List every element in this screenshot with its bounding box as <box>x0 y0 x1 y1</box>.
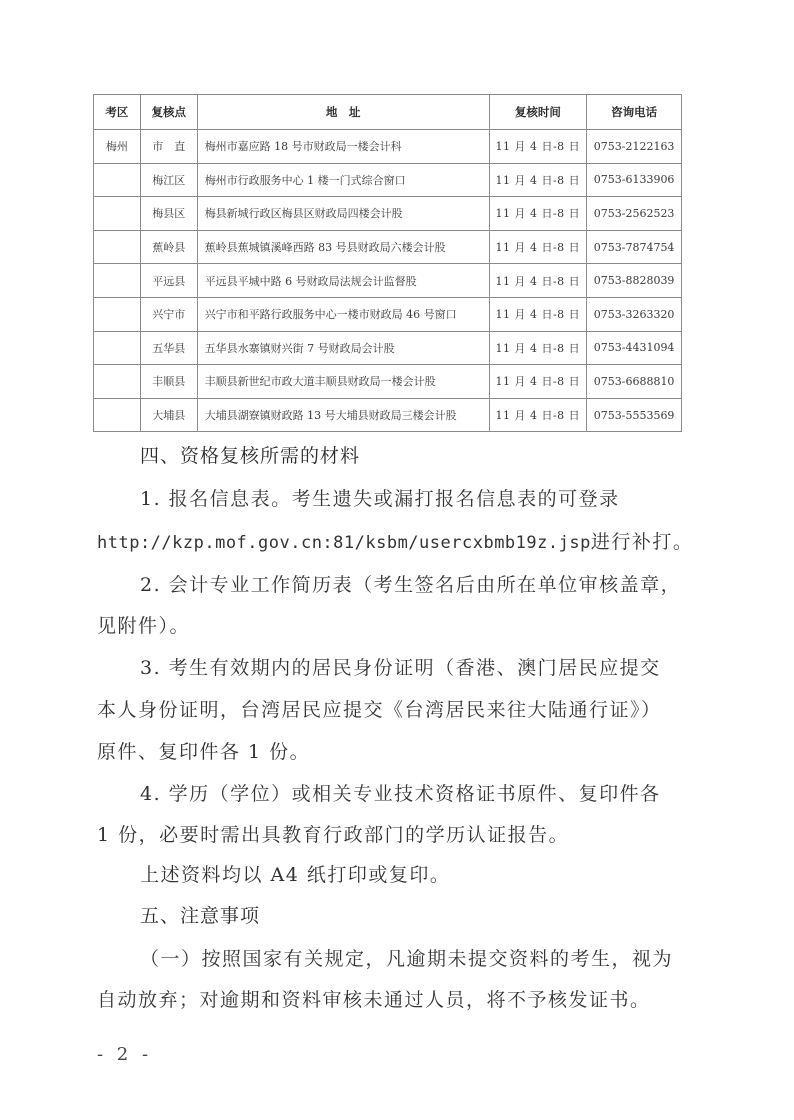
cell-region <box>94 197 141 231</box>
cell-region <box>94 163 141 197</box>
cell-address: 梅州市嘉应路 18 号市财政局一楼会计科 <box>197 130 489 164</box>
item-1-line-2: http://kzp.mof.gov.cn:81/ksbm/usercxbmb1… <box>97 527 697 554</box>
cell-region <box>94 264 141 298</box>
page-number: - 2 - <box>97 1044 152 1065</box>
table-row: 兴宁市 兴宁市和平路行政服务中心一楼市财政局 46 号窗口 11 月 4 日-8… <box>94 297 682 331</box>
cell-time: 11 月 4 日-8 日 <box>489 264 587 298</box>
cell-phone: 0753-8828039 <box>587 264 682 298</box>
cell-time: 11 月 4 日-8 日 <box>489 297 587 331</box>
table-row: 大埔县 大埔县湖寮镇财政路 13 号大埔县财政局三楼会计股 11 月 4 日-8… <box>94 398 682 432</box>
item-2-line-1: 2. 会计专业工作简历表（考生签名后由所在单位审核盖章， <box>140 570 740 597</box>
section-4-heading: 四、资格复核所需的材料 <box>140 441 740 468</box>
item-1-line-1: 1. 报名信息表。考生遗失或漏打报名信息表的可登录 <box>140 484 740 511</box>
col-header-time: 复核时间 <box>489 95 587 130</box>
cell-time: 11 月 4 日-8 日 <box>489 398 587 432</box>
cell-phone: 0753-2562523 <box>587 197 682 231</box>
cell-address: 大埔县湖寮镇财政路 13 号大埔县财政局三楼会计股 <box>197 398 489 432</box>
cell-time: 11 月 4 日-8 日 <box>489 365 587 399</box>
cell-time: 11 月 4 日-8 日 <box>489 163 587 197</box>
cell-address: 梅州市行政服务中心 1 楼一门式综合窗口 <box>197 163 489 197</box>
table-row: 丰顺县 丰顺县新世纪市政大道丰顺县财政局一楼会计股 11 月 4 日-8 日 0… <box>94 365 682 399</box>
col-header-region: 考区 <box>94 95 141 130</box>
cell-point: 蕉岭县 <box>140 230 197 264</box>
cell-region <box>94 365 141 399</box>
table-row: 蕉岭县 蕉岭县蕉城镇溪峰西路 83 号县财政局六楼会计股 11 月 4 日-8 … <box>94 230 682 264</box>
table-row: 梅县区 梅县新城行政区梅县区财政局四楼会计股 11 月 4 日-8 日 0753… <box>94 197 682 231</box>
cell-region <box>94 230 141 264</box>
cell-point: 大埔县 <box>140 398 197 432</box>
cell-region <box>94 297 141 331</box>
cell-address: 兴宁市和平路行政服务中心一楼市财政局 46 号窗口 <box>197 297 489 331</box>
review-points-table: 考区 复核点 地 址 复核时间 咨询电话 梅州 市 直 梅州市嘉应路 18 号市… <box>93 94 682 432</box>
table-row: 梅州 市 直 梅州市嘉应路 18 号市财政局一楼会计科 11 月 4 日-8 日… <box>94 130 682 164</box>
cell-region: 梅州 <box>94 130 141 164</box>
cell-address: 蕉岭县蕉城镇溪峰西路 83 号县财政局六楼会计股 <box>197 230 489 264</box>
col-header-point: 复核点 <box>140 95 197 130</box>
section-5-heading: 五、注意事项 <box>140 901 740 928</box>
cell-point: 平远县 <box>140 264 197 298</box>
cell-phone: 0753-4431094 <box>587 331 682 365</box>
table-row: 五华县 五华县水寨镇财兴街 7 号财政局会计股 11 月 4 日-8 日 075… <box>94 331 682 365</box>
cell-phone: 0753-6688810 <box>587 365 682 399</box>
item-1-suffix: 进行补打。 <box>591 531 694 553</box>
cell-time: 11 月 4 日-8 日 <box>489 130 587 164</box>
cell-address: 梅县新城行政区梅县区财政局四楼会计股 <box>197 197 489 231</box>
col-header-phone: 咨询电话 <box>587 95 682 130</box>
cell-point: 市 直 <box>140 130 197 164</box>
cell-address: 丰顺县新世纪市政大道丰顺县财政局一楼会计股 <box>197 365 489 399</box>
registration-url-link[interactable]: http://kzp.mof.gov.cn:81/ksbm/usercxbmb1… <box>97 533 591 553</box>
notice-1-line-2: 自动放弃；对逾期和资料审核未通过人员，将不予核发证书。 <box>97 985 697 1012</box>
col-header-address: 地 址 <box>197 95 489 130</box>
cell-phone: 0753-7874754 <box>587 230 682 264</box>
cell-region <box>94 398 141 432</box>
cell-phone: 0753-6133906 <box>587 163 682 197</box>
cell-region <box>94 331 141 365</box>
cell-address: 平远县平城中路 6 号财政局法规会计监督股 <box>197 264 489 298</box>
item-3-line-2: 本人身份证明，台湾居民应提交《台湾居民来往大陆通行证》） <box>97 695 697 722</box>
table-row: 平远县 平远县平城中路 6 号财政局法规会计监督股 11 月 4 日-8 日 0… <box>94 264 682 298</box>
cell-point: 五华县 <box>140 331 197 365</box>
table-header-row: 考区 复核点 地 址 复核时间 咨询电话 <box>94 95 682 130</box>
item-4-line-2: 1 份，必要时需出具教育行政部门的学历认证报告。 <box>97 820 697 847</box>
table-row: 梅江区 梅州市行政服务中心 1 楼一门式综合窗口 11 月 4 日-8 日 07… <box>94 163 682 197</box>
cell-point: 丰顺县 <box>140 365 197 399</box>
cell-phone: 0753-2122163 <box>587 130 682 164</box>
item-4-line-1: 4. 学历（学位）或相关专业技术资格证书原件、复印件各 <box>140 779 740 806</box>
cell-point: 梅江区 <box>140 163 197 197</box>
item-2-line-2: 见附件）。 <box>97 611 697 638</box>
cell-time: 11 月 4 日-8 日 <box>489 230 587 264</box>
item-3-line-3: 原件、复印件各 1 份。 <box>97 737 697 764</box>
cell-time: 11 月 4 日-8 日 <box>489 197 587 231</box>
cell-address: 五华县水寨镇财兴街 7 号财政局会计股 <box>197 331 489 365</box>
cell-point: 兴宁市 <box>140 297 197 331</box>
materials-note: 上述资料均以 A4 纸打印或复印。 <box>140 860 740 887</box>
cell-phone: 0753-5553569 <box>587 398 682 432</box>
notice-1-line-1: （一）按照国家有关规定，凡逾期未提交资料的考生，视为 <box>140 944 740 971</box>
cell-time: 11 月 4 日-8 日 <box>489 331 587 365</box>
item-3-line-1: 3. 考生有效期内的居民身份证明（香港、澳门居民应提交 <box>140 653 740 680</box>
cell-phone: 0753-3263320 <box>587 297 682 331</box>
cell-point: 梅县区 <box>140 197 197 231</box>
